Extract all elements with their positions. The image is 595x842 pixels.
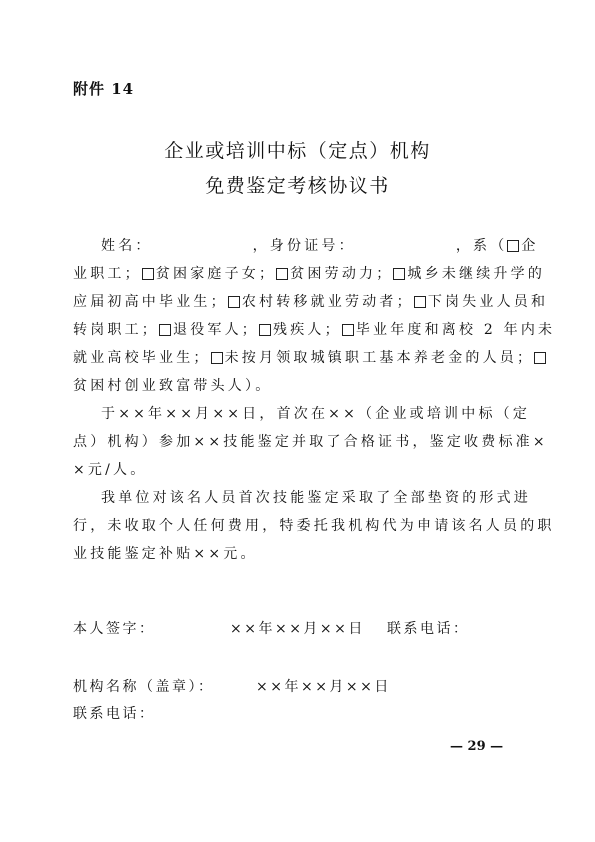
paragraph3-line1: 我单位对该名人员首次技能鉴定采取了全部垫资的形式进 — [73, 484, 513, 512]
category-label: ，系（ — [456, 238, 508, 254]
line-2: 业职工；贫困家庭子女；贫困劳动力；城乡未继续升学的 — [73, 260, 513, 288]
page-number: — 29 — — [450, 739, 503, 754]
option-text: 退役军人； — [173, 322, 259, 338]
option-text: 农村转移就业劳动者； — [242, 294, 414, 310]
paragraph-personal-info: 姓名：，身份证号：，系（企 业职工；贫困家庭子女；贫困劳动力；城乡未继续升学的 … — [73, 232, 513, 400]
line-5: 就业高校毕业生；未按月领取城镇职工基本养老金的人员； — [73, 344, 513, 372]
organization-seal-row: 机构名称（盖章）： ××年××月××日 — [73, 676, 215, 696]
checkbox-poor-village-leader[interactable] — [534, 352, 546, 364]
line-1: 姓名：，身份证号：，系（企 — [73, 232, 513, 260]
checkbox-poor-labor[interactable] — [276, 268, 288, 280]
checkbox-poor-family-child[interactable] — [142, 268, 154, 280]
checkbox-graduate-not-continuing[interactable] — [393, 268, 405, 280]
paragraph3-line2: 行，未收取个人任何费用，特委托我机构代为申请该名人员的职 — [73, 512, 513, 540]
paragraph3-line3: 业技能鉴定补贴××元。 — [73, 540, 513, 568]
checkbox-no-pension[interactable] — [211, 352, 223, 364]
paragraph2-line3: ×元/人。 — [73, 456, 513, 484]
personal-signature-label: 本人签字： — [73, 621, 156, 637]
paragraph2-line1: 于××年××月××日，首次在××（企业或培训中标（定 — [73, 400, 513, 428]
document-title-line1: 企业或培训中标（定点）机构 — [0, 136, 595, 163]
personal-phone-label: 联系电话： — [387, 618, 470, 638]
personal-signature-row: 本人签字： ××年××月××日 联系电话： — [73, 618, 156, 638]
checkbox-college-graduate[interactable] — [342, 324, 354, 336]
option-text: 城乡未继续升学的 — [407, 266, 545, 282]
attachment-label: 附件 14 — [73, 78, 134, 99]
id-number-label: ，身份证号： — [253, 238, 356, 254]
paragraph2-line2: 点）机构）参加××技能鉴定并取了合格证书，鉴定收费标准× — [73, 428, 513, 456]
option-text: 业职工； — [73, 266, 142, 282]
option-text: 就业高校毕业生； — [73, 350, 211, 366]
option-text: 毕业年度和离校 2 年内未 — [356, 322, 555, 338]
organization-phone-label: 联系电话： — [73, 706, 156, 722]
personal-signature-date: ××年××月××日 — [230, 618, 365, 638]
organization-phone-row: 联系电话： — [73, 703, 156, 723]
option-text: 残疾人； — [273, 322, 342, 338]
option-text: 贫困家庭子女； — [156, 266, 276, 282]
paragraph-subsidy-request: 我单位对该名人员首次技能鉴定采取了全部垫资的形式进 行，未收取个人任何费用，特委… — [73, 484, 513, 568]
option-text: 贫困劳动力； — [290, 266, 393, 282]
line-6: 贫困村创业致富带头人）。 — [73, 372, 513, 400]
agreement-body: 姓名：，身份证号：，系（企 业职工；贫困家庭子女；贫困劳动力；城乡未继续升学的 … — [73, 232, 513, 568]
checkbox-disabled[interactable] — [259, 324, 271, 336]
option-text: 企 — [521, 238, 538, 254]
option-text: 下岗失业人员和 — [428, 294, 548, 310]
option-text: 应届初高中毕业生； — [73, 294, 228, 310]
checkbox-veteran[interactable] — [159, 324, 171, 336]
line-3: 应届初高中毕业生；农村转移就业劳动者；下岗失业人员和 — [73, 288, 513, 316]
paragraph-appraisal-info: 于××年××月××日，首次在××（企业或培训中标（定 点）机构）参加××技能鉴定… — [73, 400, 513, 484]
option-text: 未按月领取城镇职工基本养老金的人员； — [225, 350, 535, 366]
line-4: 转岗职工；退役军人；残疾人；毕业年度和离校 2 年内未 — [73, 316, 513, 344]
checkbox-laid-off-worker[interactable] — [414, 296, 426, 308]
name-label: 姓名： — [101, 238, 153, 254]
checkbox-rural-migrant-worker[interactable] — [228, 296, 240, 308]
organization-name-label: 机构名称（盖章）： — [73, 679, 215, 695]
option-text: 转岗职工； — [73, 322, 159, 338]
option-text: 贫困村创业致富带头人）。 — [73, 378, 272, 394]
document-title-line2: 免费鉴定考核协议书 — [0, 171, 595, 198]
organization-date: ××年××月××日 — [256, 676, 391, 696]
checkbox-enterprise-employee[interactable] — [507, 240, 519, 252]
